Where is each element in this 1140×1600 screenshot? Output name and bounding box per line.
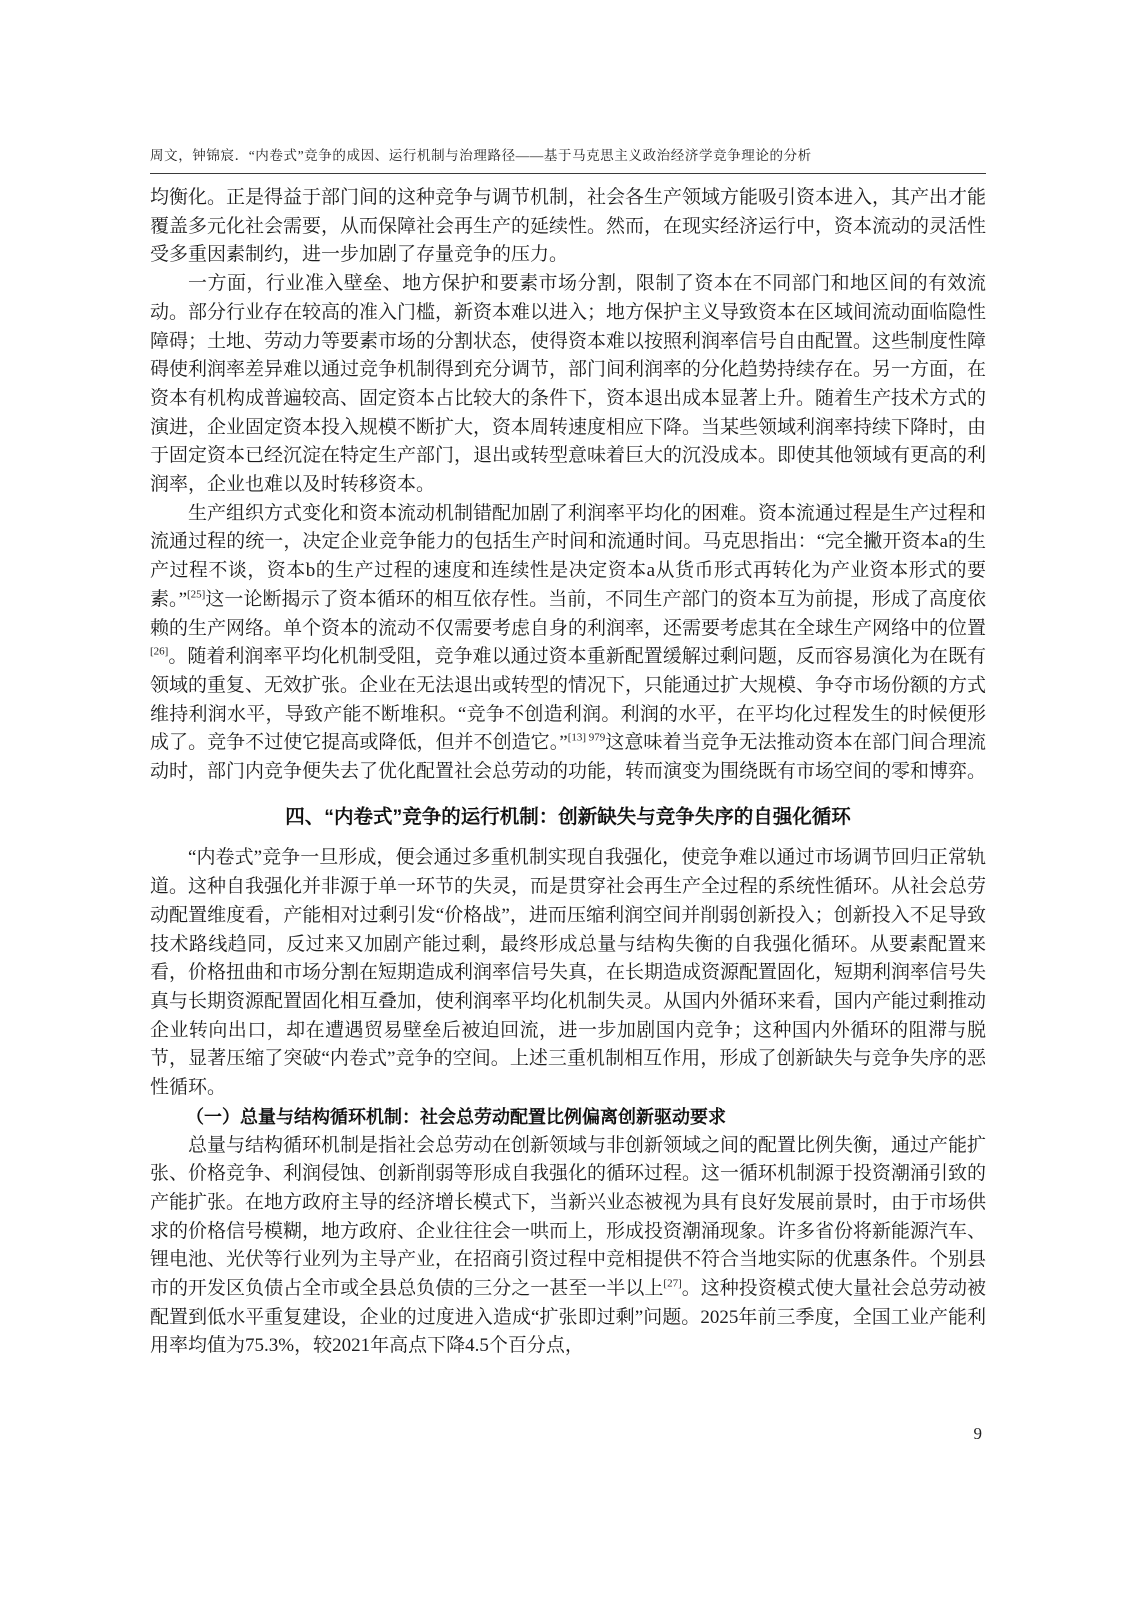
citation-reference: [26] bbox=[150, 646, 168, 658]
paragraph-self-reinforcement: “内卷式”竞争一旦形成，便会通过多重机制实现自我强化，使竞争难以通过市场调节回归… bbox=[150, 844, 986, 1102]
paragraph-investment-surge: 总量与结构循环机制是指社会总劳动在创新领域与非创新领域之间的配置比例失衡，通过产… bbox=[150, 1132, 986, 1362]
section-heading-4: 四、“内卷式”竞争的运行机制：创新缺失与竞争失序的自强化循环 bbox=[150, 803, 986, 832]
article-body: 均衡化。正是得益于部门间的这种竞争与调节机制，社会各生产领域方能吸引资本进入，其… bbox=[150, 184, 986, 1361]
paragraph-entry-barriers: 一方面，行业准入壁垒、地方保护和要素市场分割，限制了资本在不同部门和地区间的有效… bbox=[150, 270, 986, 500]
paper-page: 周文，钟锦宸．“内卷式”竞争的成因、运行机制与治理路径——基于马克思主义政治经济… bbox=[0, 0, 1140, 1600]
paragraph-capital-equalization: 均衡化。正是得益于部门间的这种竞争与调节机制，社会各生产领域方能吸引资本进入，其… bbox=[150, 184, 986, 270]
running-head: 周文，钟锦宸．“内卷式”竞争的成因、运行机制与治理路径——基于马克思主义政治经济… bbox=[150, 144, 986, 174]
subsection-heading-1: （一）总量与结构循环机制：社会总劳动配置比例偏离创新驱动要求 bbox=[150, 1103, 986, 1132]
page-number: 9 bbox=[974, 1424, 983, 1444]
paragraph-circulation-mismatch: 生产组织方式变化和资本流动机制错配加剧了利润率平均化的困难。资本流通过程是生产过… bbox=[150, 500, 986, 787]
citation-reference: [25] bbox=[187, 589, 205, 601]
citation-reference: [27] bbox=[663, 1278, 681, 1290]
citation-reference: [13] 979 bbox=[568, 732, 606, 744]
